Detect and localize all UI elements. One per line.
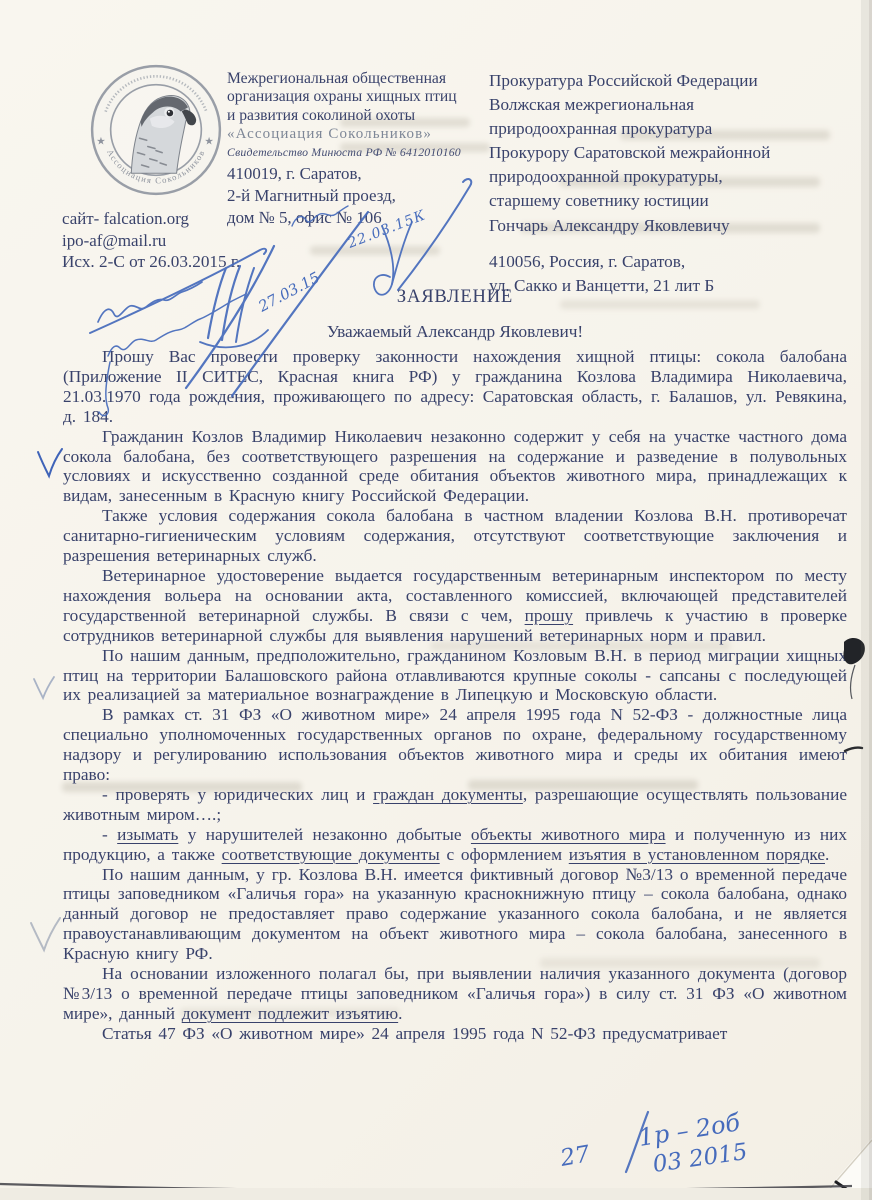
recipient-line: Волжская межрегиональная <box>489 93 861 117</box>
org-stamp: Ассоциация Сокольников ★ ★ <box>88 62 224 198</box>
text-segment: По нашим данным, у гр. Козлова В.Н. имее… <box>63 865 847 964</box>
text-segment: . <box>825 845 829 864</box>
underlined-phrase: объекты животного мира <box>471 825 666 844</box>
text-segment: Гражданин Козлов Владимир Николаевич нез… <box>63 427 847 506</box>
margin-checkmark-faint <box>31 918 60 950</box>
recipient-block: Прокуратура Российской ФедерацииВолжская… <box>489 69 861 298</box>
greeting-line: Уважаемый Александр Яковлевич! <box>63 322 847 342</box>
underlined-phrase: изъятия в установленном порядке <box>569 845 825 864</box>
scanned-letter-page: Ассоциация Сокольников ★ ★ Межрегиональн… <box>0 0 872 1200</box>
body-paragraph: Статья 47 ФЗ «О животном мире» 24 апреля… <box>63 1024 847 1044</box>
org-name: «Ассоциация Сокольников» <box>227 126 497 143</box>
body-paragraph: - проверять у юридических лиц и граждан … <box>63 785 847 825</box>
underlined-phrase: прошу <box>525 606 573 625</box>
body-paragraph: В рамках ст. 31 ФЗ «О животном мире» 24 … <box>63 705 847 785</box>
recipient-line: старшему советнику юстиции <box>489 189 861 213</box>
pen-stroke <box>626 1112 648 1172</box>
recipient-lines: Прокуратура Российской ФедерацииВолжская… <box>489 69 861 238</box>
text-segment: Прошу Вас провести проверку законности н… <box>63 347 847 426</box>
scan-dash-artifact <box>845 748 862 751</box>
letter-body: Прошу Вас провести проверку законности н… <box>63 347 847 1044</box>
pen-stroke <box>374 226 393 295</box>
body-paragraph: На основании изложенного полагал бы, при… <box>63 964 847 1024</box>
org-line: организация охраны хищных птиц <box>227 88 497 106</box>
page-bottom-edge <box>0 1184 852 1191</box>
org-certificate: Свидетельство Минюста РФ № 6412010160 <box>227 145 497 160</box>
text-segment: По нашим данным, предположительно, гражд… <box>63 646 847 705</box>
margin-checkmark-faint <box>34 677 54 698</box>
body-paragraph: - изымать у нарушителей незаконно добыты… <box>63 825 847 865</box>
handwritten-pages-note: 1р – 2об <box>637 1108 743 1152</box>
underlined-phrase: граждан документы <box>373 785 523 804</box>
handwritten-day: 27 <box>558 1141 593 1172</box>
org-address-line: 410019, г. Саратов, <box>227 163 497 185</box>
text-segment: - проверять у юридических лиц и <box>102 785 373 804</box>
document-title: ЗАЯВЛЕНИЕ <box>63 286 847 308</box>
org-address-line: 2-й Магнитный проезд, <box>227 185 497 207</box>
text-segment: Статья 47 ФЗ «О животном мире» 24 апреля… <box>102 1024 727 1043</box>
scan-edge-shadow <box>861 0 869 1200</box>
recipient-line: Гончарь Александру Яковлевичу <box>489 214 861 238</box>
stamp-star-left: ★ <box>96 136 105 147</box>
org-info-block: Межрегиональная общественнаяорганизация … <box>227 70 497 229</box>
org-line: Межрегиональная общественная <box>227 70 497 88</box>
org-website: сайт- falcation.org <box>62 208 189 230</box>
text-segment: Также условия содержания сокола балобана… <box>63 506 847 565</box>
body-paragraph: По нашим данным, у гр. Козлова В.Н. имее… <box>63 865 847 965</box>
recipient-line: природоохранная прокуратура <box>489 117 861 141</box>
bleed-through-artifact <box>310 246 440 255</box>
underlined-phrase: изымать <box>117 825 178 844</box>
text-segment: В рамках ст. 31 ФЗ «О животном мире» 24 … <box>63 705 847 784</box>
org-line: и развития соколиной охоты <box>227 107 497 125</box>
outgoing-reference: Исх. 2-С от 26.03.2015 г. <box>62 252 240 272</box>
recipient-line: природоохранной прокуратуры, <box>489 165 861 189</box>
stamp-star-right: ★ <box>204 136 213 147</box>
body-paragraph: Ветеринарное удостоверение выдается госу… <box>63 566 847 646</box>
org-lines: Межрегиональная общественнаяорганизация … <box>227 70 497 125</box>
org-email: ipo-af@mail.ru <box>62 230 189 252</box>
text-segment: . <box>398 1004 402 1023</box>
org-address-line: дом № 5, офис № 106 <box>227 207 497 229</box>
body-paragraph: Прошу Вас провести проверку законности н… <box>63 347 847 427</box>
scan-blob-tail <box>851 665 855 699</box>
org-contacts: сайт- falcation.org ipo-af@mail.ru <box>62 208 189 251</box>
recipient-line: Прокуратура Российской Федерации <box>489 69 861 93</box>
margin-checkmark <box>38 449 62 476</box>
body-paragraph: Также условия содержания сокола балобана… <box>63 506 847 566</box>
text-segment: с оформлением <box>440 845 569 864</box>
scanner-bed <box>0 1188 872 1200</box>
body-paragraph: По нашим данным, предположительно, гражд… <box>63 646 847 706</box>
recipient-address-line: 410056, Россия, г. Саратов, <box>489 250 861 274</box>
corner-pen-mark <box>836 1182 862 1200</box>
handwritten-month-year: 03 2015 <box>651 1139 749 1178</box>
recipient-line: Прокурору Саратовской межрайонной <box>489 141 861 165</box>
text-segment: у нарушителей незаконно добытые <box>178 825 471 844</box>
text-segment: На основании изложенного полагал бы, при… <box>63 964 847 1023</box>
body-paragraph: Гражданин Козлов Владимир Николаевич нез… <box>63 427 847 507</box>
org-address: 410019, г. Саратов,2-й Магнитный проезд,… <box>227 163 497 229</box>
text-segment: - <box>102 825 117 844</box>
underlined-phrase: соответствующие документы <box>222 845 440 864</box>
underlined-phrase: документ подлежит изъятию <box>182 1004 398 1023</box>
